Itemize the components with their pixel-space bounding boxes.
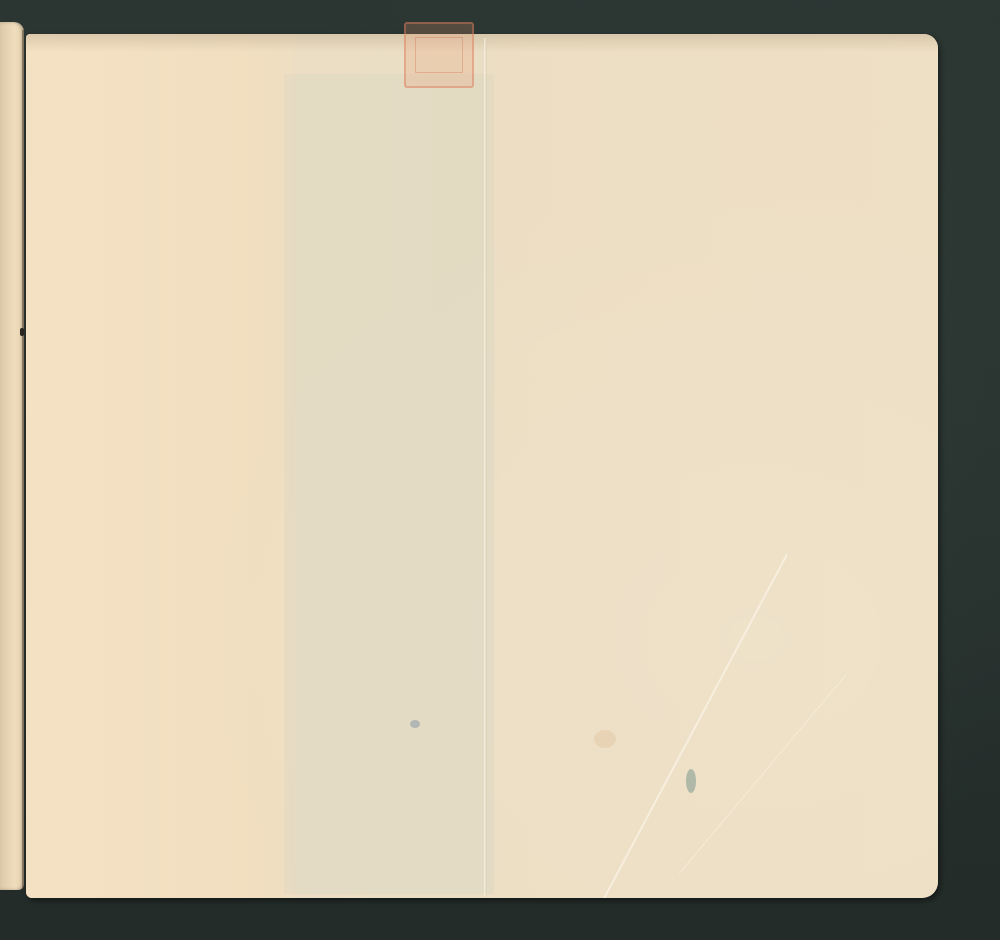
stamp-seal-icon: [415, 37, 463, 73]
library-stamp: [404, 22, 474, 88]
top-edge-wear: [26, 34, 938, 52]
center-fold-line: [484, 38, 487, 896]
book-page: [26, 34, 938, 898]
foxing-stain: [594, 730, 616, 748]
adjacent-page-strip: [0, 22, 24, 890]
binding-mark: [20, 328, 24, 336]
discolored-panel: [284, 74, 494, 894]
ink-spot: [410, 720, 420, 728]
ink-spot: [686, 769, 696, 793]
spine-edge: [22, 30, 24, 890]
